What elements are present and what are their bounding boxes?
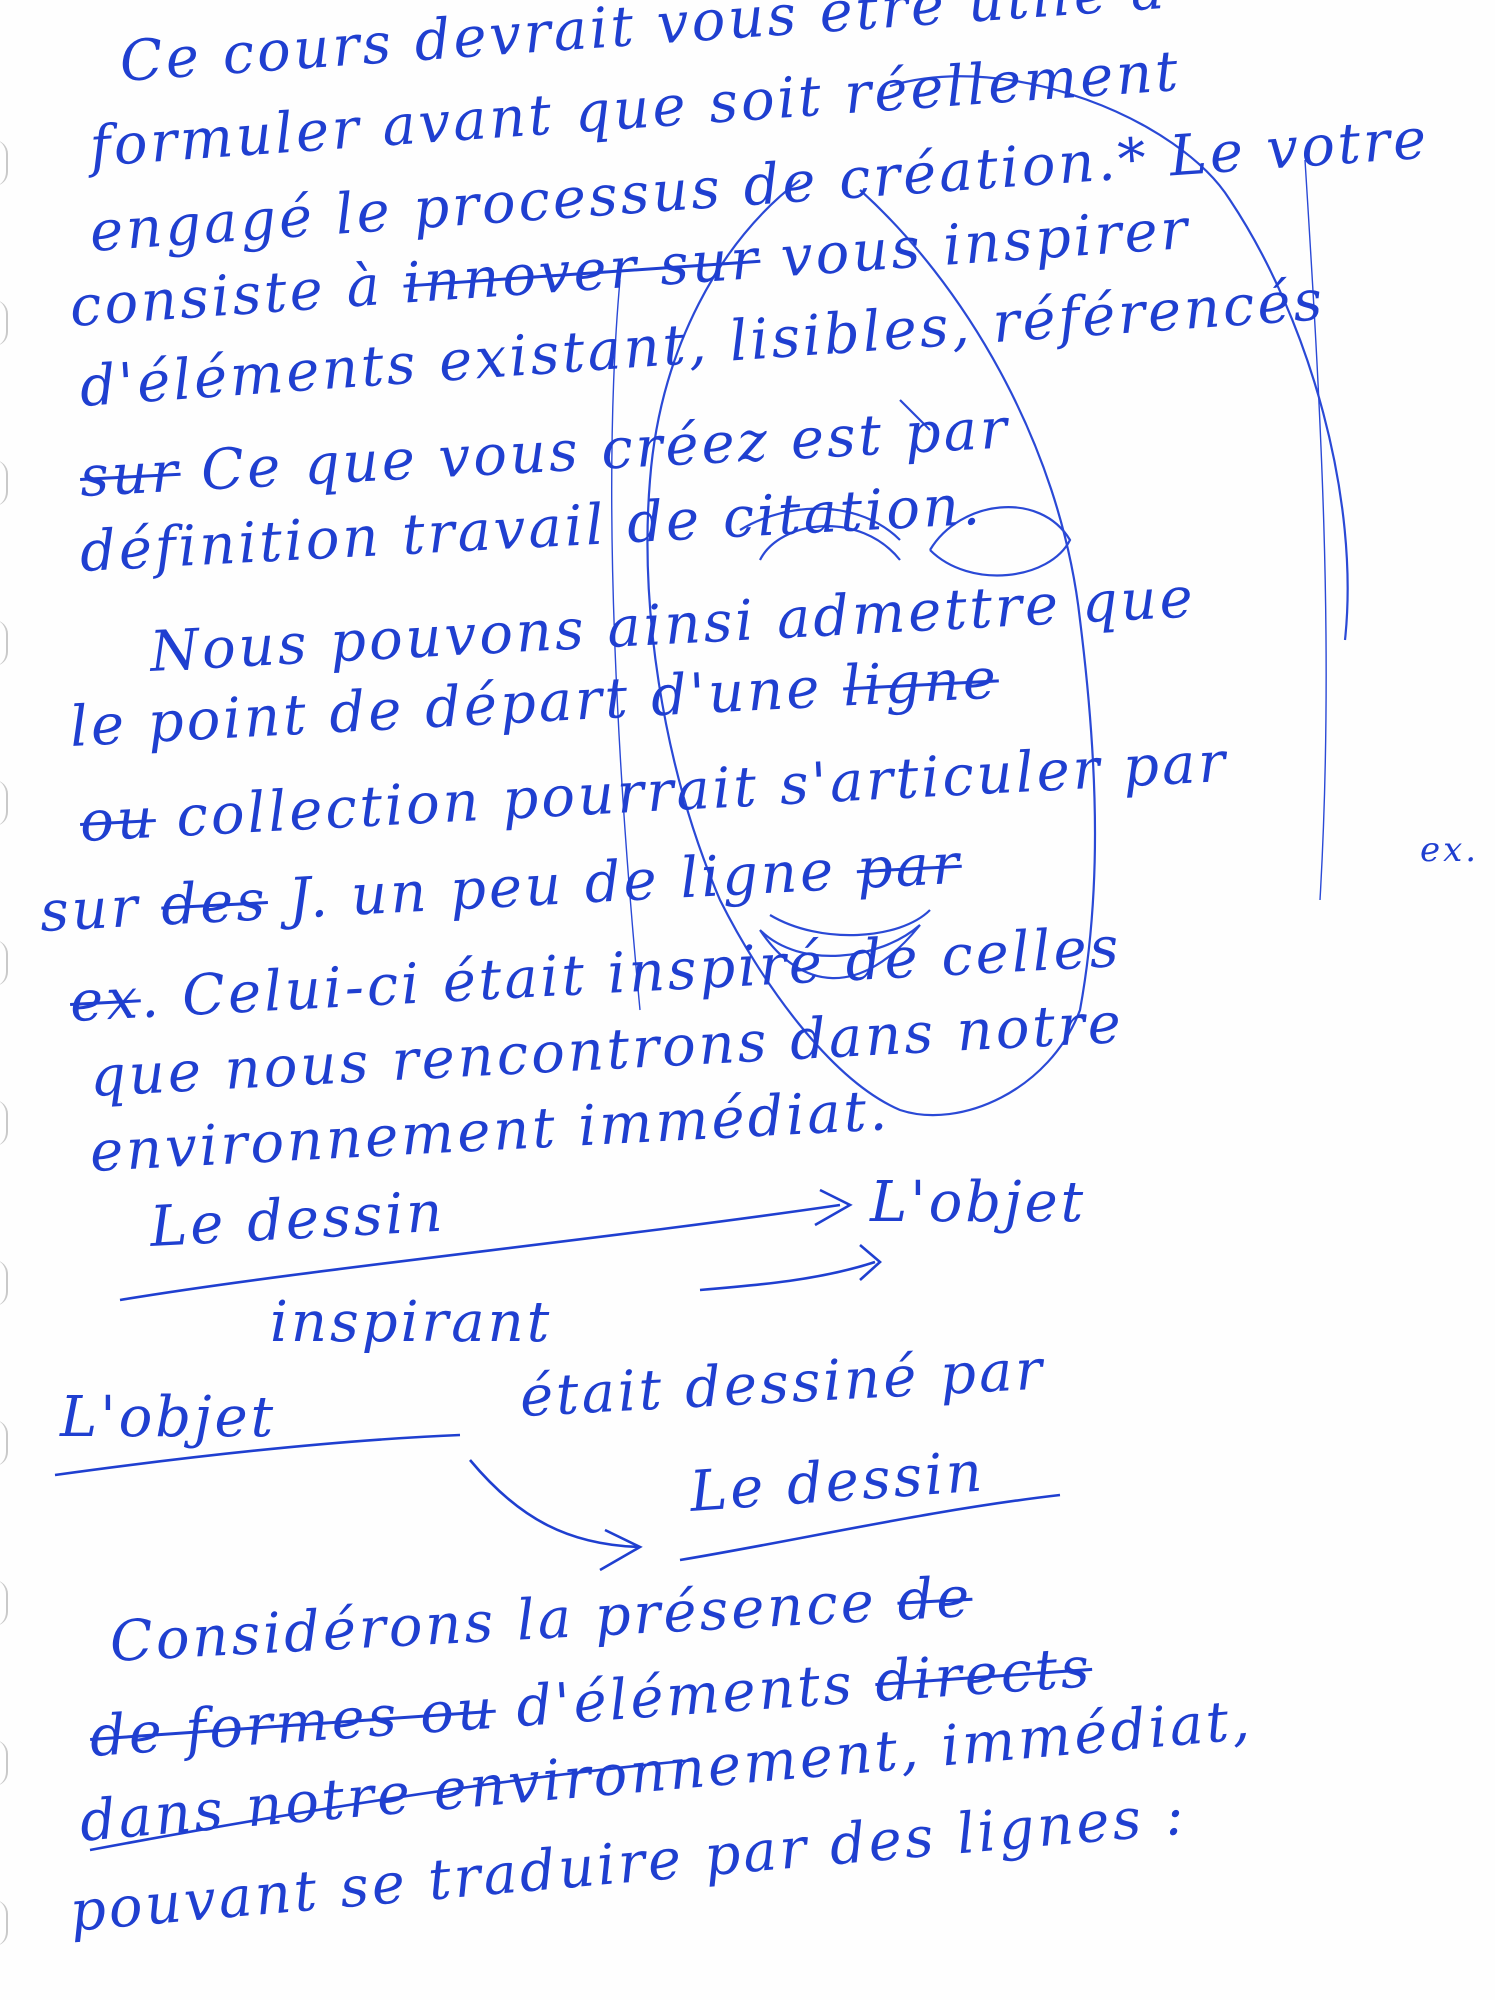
struck-word: de	[896, 1565, 974, 1634]
margin-note: ex.	[1420, 830, 1479, 870]
diagram-caption: inspirant	[270, 1290, 552, 1355]
struck-word: sur	[78, 440, 182, 510]
paragraph-2-subject: L'objet	[60, 1385, 276, 1450]
text-word: sur	[38, 874, 163, 945]
struck-word: ou	[78, 786, 157, 855]
struck-word: des	[160, 868, 270, 938]
diagram-to-label: L'objet	[870, 1170, 1086, 1235]
notebook-page: Ce cours devrait vous être utile à formu…	[0, 0, 1495, 2000]
struck-word: ligne	[841, 646, 1000, 719]
struck-word: par	[855, 832, 963, 902]
struck-word: ex	[68, 966, 142, 1035]
